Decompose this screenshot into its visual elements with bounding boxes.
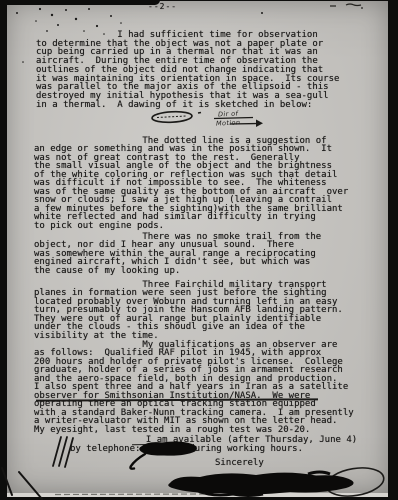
pen-tally-slashes	[0, 0, 398, 500]
scanned-letter-photo: --2-- I had sufficient time for observat…	[0, 0, 398, 500]
letter-content: --2-- I had sufficient time for observat…	[0, 0, 398, 500]
paper-speckles	[16, 8, 263, 63]
